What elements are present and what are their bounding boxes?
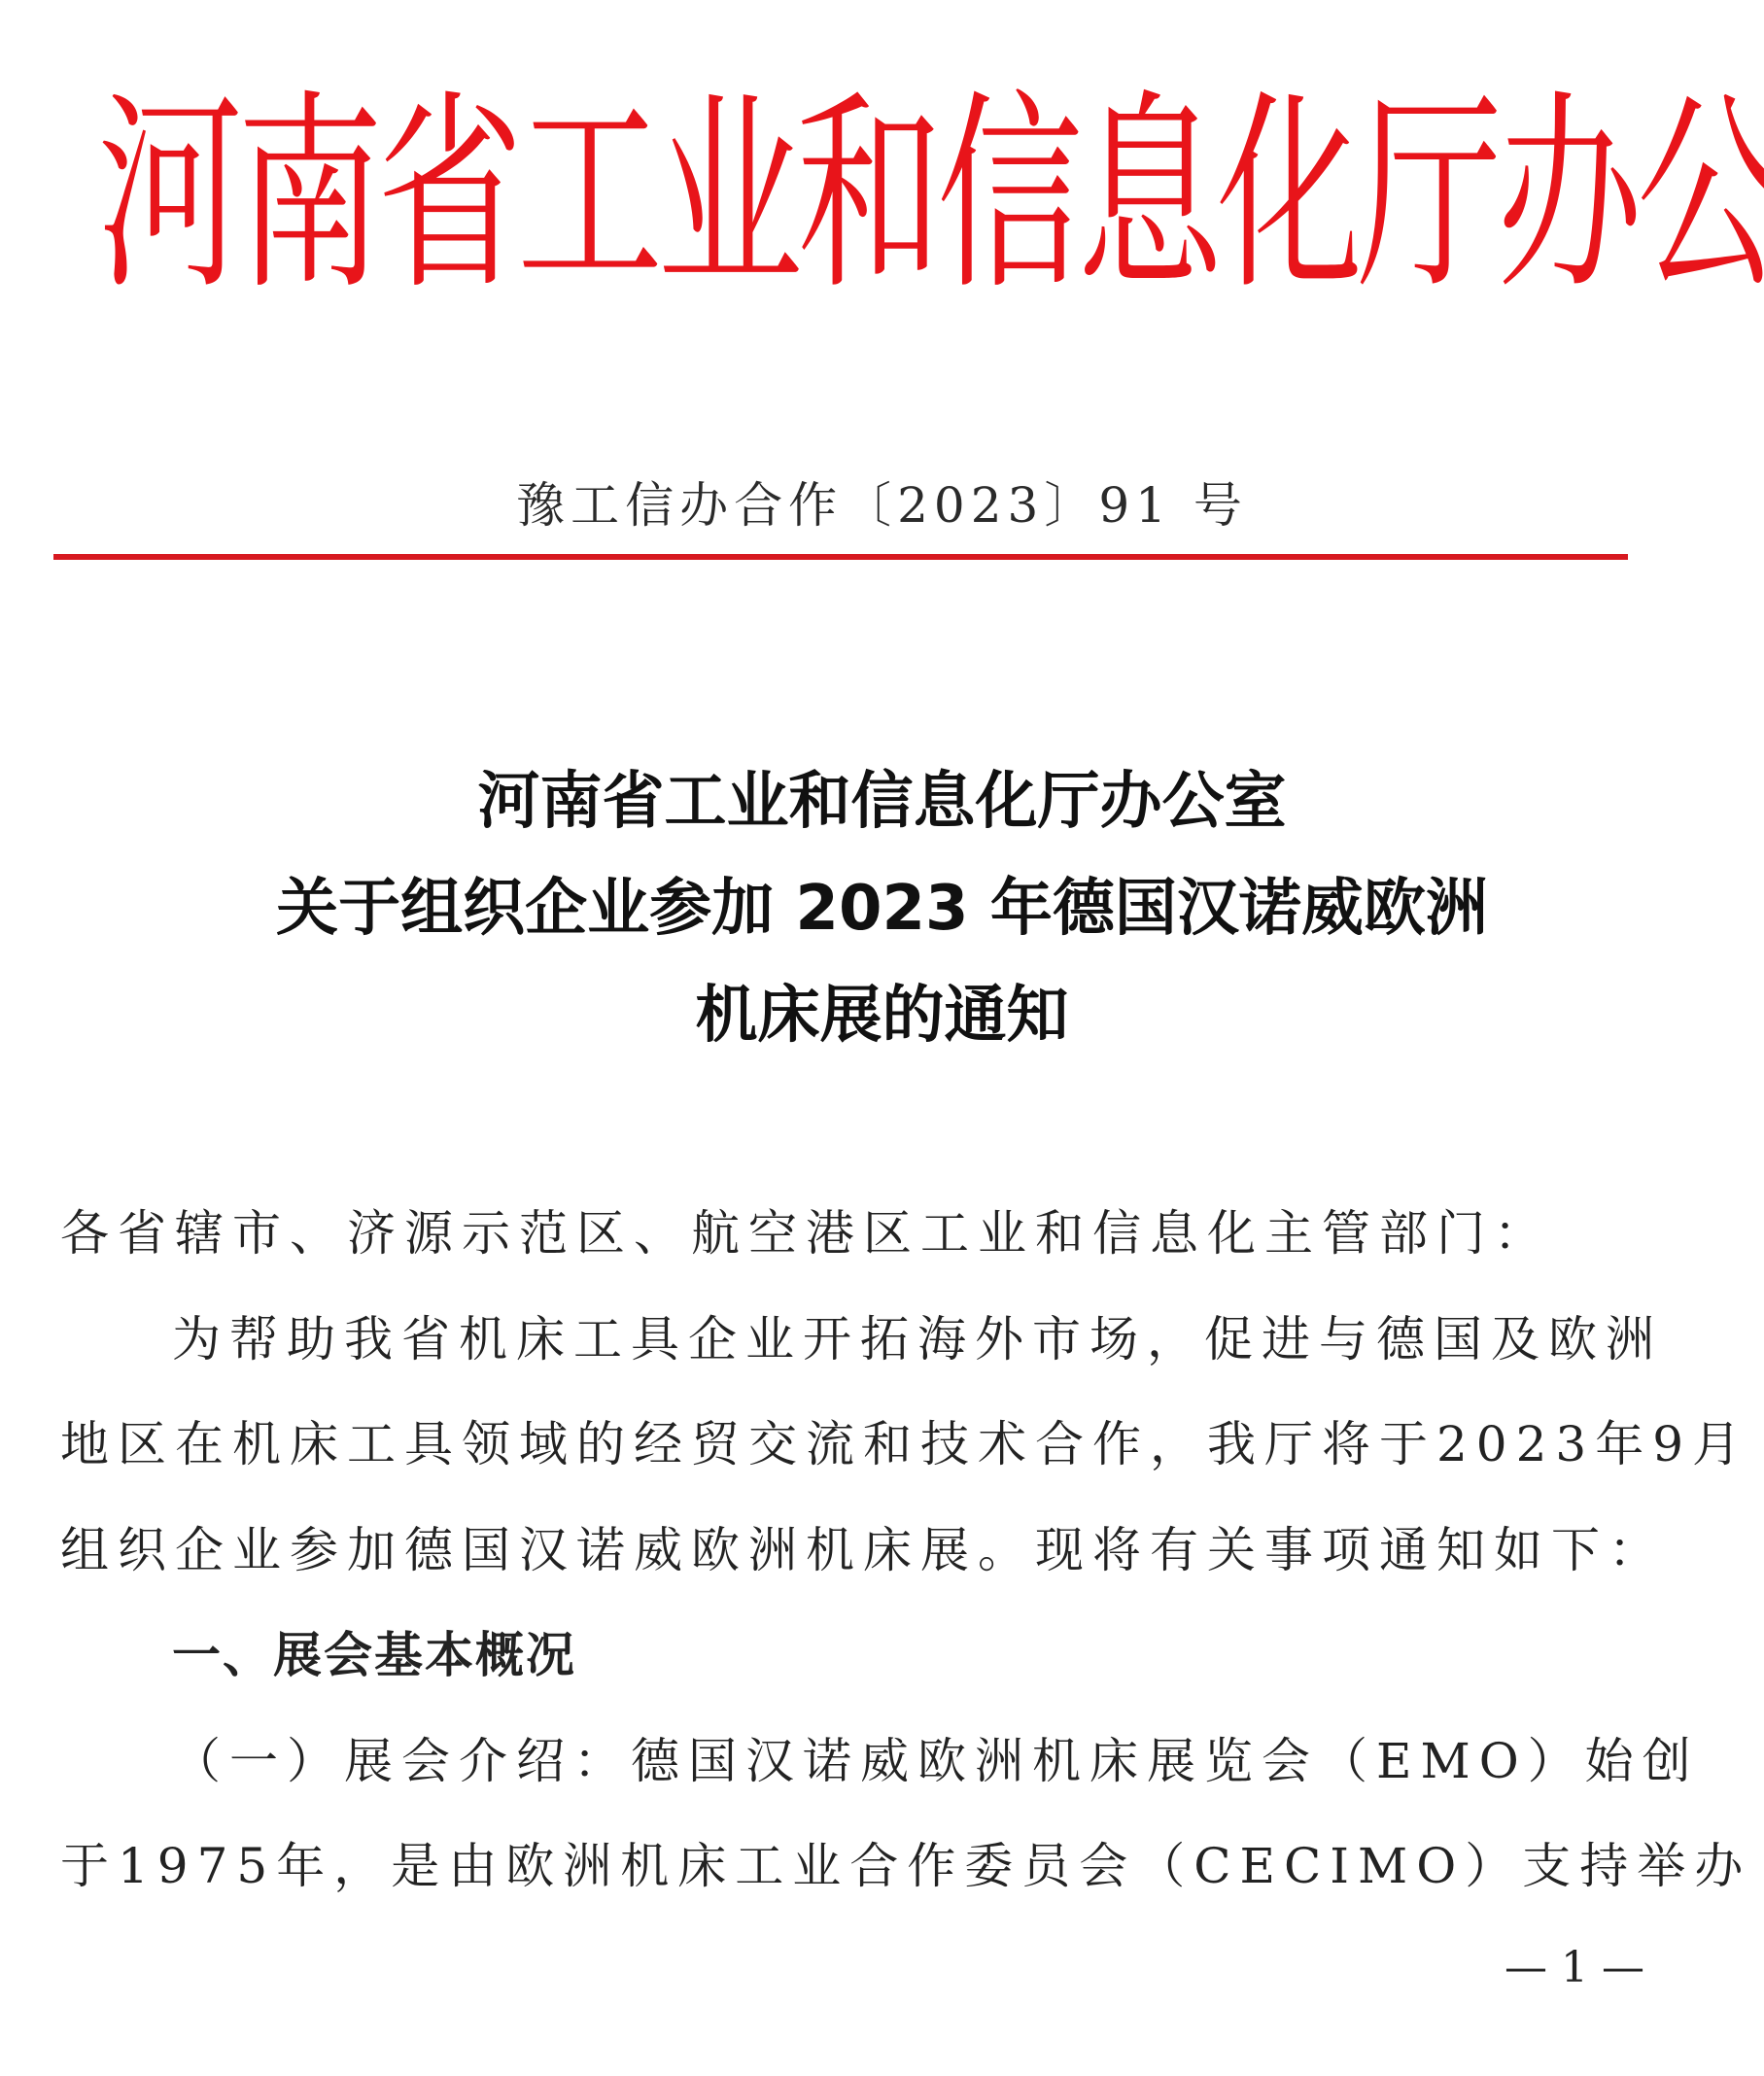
paragraph-line: 于1975年，是由欧洲机床工业合作委员会（CECIMO）支持举办 <box>60 1814 1644 1920</box>
notice-title-line-2: 关于组织企业参加 2023 年德国汉诺威欧洲 <box>0 855 1764 962</box>
document-body: 各省辖市、济源示范区、航空港区工业和信息化主管部门： 为帮助我省机床工具企业开拓… <box>60 1181 1644 1920</box>
issuing-authority-header: 河南省工业和信息化厅办公室文件 <box>97 46 1613 349</box>
addressee-line: 各省辖市、济源示范区、航空港区工业和信息化主管部门： <box>60 1181 1644 1287</box>
notice-title: 河南省工业和信息化厅办公室 关于组织企业参加 2023 年德国汉诺威欧洲 机床展… <box>0 748 1764 1069</box>
paragraph-line: 组织企业参加德国汉诺威欧洲机床展。现将有关事项通知如下： <box>60 1498 1644 1604</box>
page-number: — 1 — <box>1492 1939 1657 1997</box>
notice-title-line-3: 机床展的通知 <box>0 962 1764 1069</box>
paragraph-line: （一）展会介绍：德国汉诺威欧洲机床展览会（EMO）始创 <box>60 1709 1644 1815</box>
paragraph-line: 为帮助我省机床工具企业开拓海外市场，促进与德国及欧洲 <box>60 1287 1644 1393</box>
red-separator-rule <box>53 554 1628 560</box>
section-heading: 一、展会基本概况 <box>60 1603 1644 1709</box>
document-number: 豫工信办合作〔2023〕91 号 <box>0 476 1764 535</box>
issuing-authority-title: 河南省工业和信息化厅办公室文件 <box>97 46 1764 349</box>
paragraph-line: 地区在机床工具领域的经贸交流和技术合作，我厅将于2023年9月 <box>60 1392 1644 1498</box>
notice-title-line-1: 河南省工业和信息化厅办公室 <box>0 748 1764 855</box>
